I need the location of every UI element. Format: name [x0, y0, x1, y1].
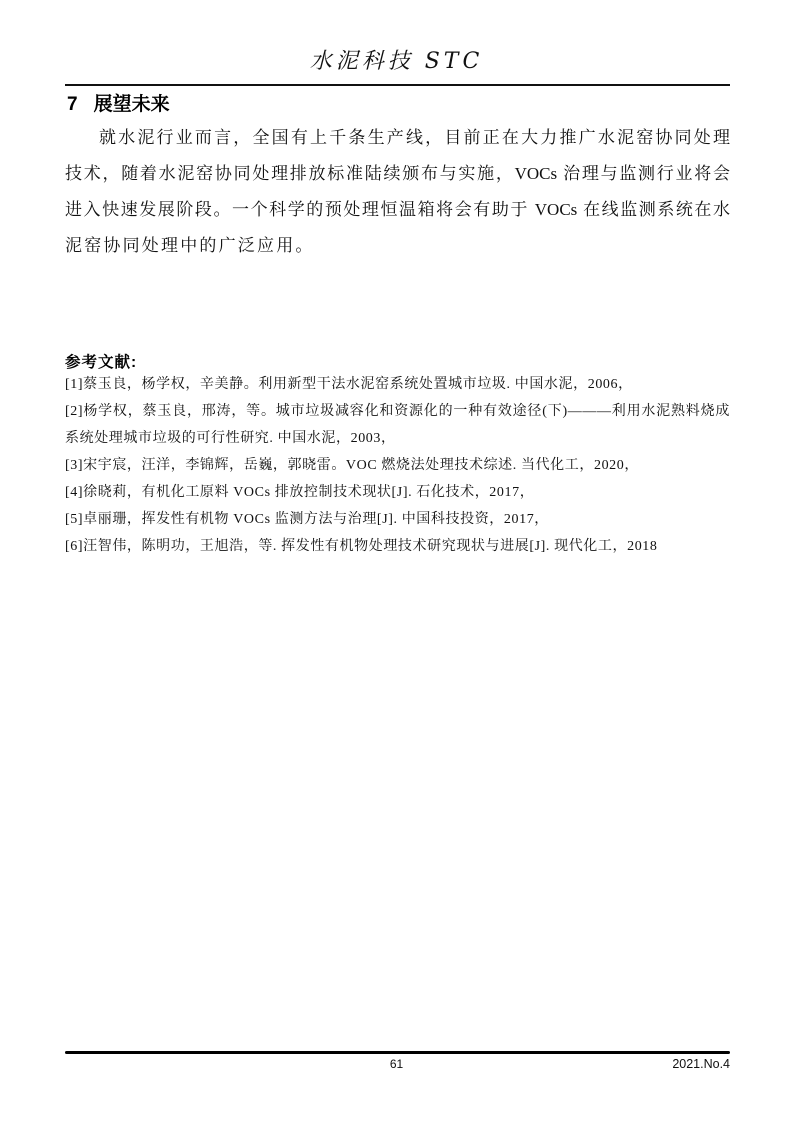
section-title: 展望未来 [94, 94, 170, 115]
paragraph-line: 进入快速发展阶段。一个科学的预处理恒温箱将会有助于 VOCs 在线监测系统在水 [65, 192, 730, 228]
references-list: [1]蔡玉良，杨学权，辛美静。利用新型干法水泥窑系统处置城市垃圾. 中国水泥，2… [65, 371, 730, 560]
reference-item: [4]徐晓莉，有机化工原料 VOCs 排放控制技术现状[J]. 石化技术，201… [65, 479, 730, 506]
references-heading: 参考文献: [65, 350, 137, 372]
section-heading: 7展望未来 [67, 89, 170, 116]
reference-item: [6]汪智伟，陈明功，王旭浩，等. 挥发性有机物处理技术研究现状与进展[J]. … [65, 533, 730, 560]
document-page: 水泥科技 STC 7展望未来 就水泥行业而言，全国有上千条生产线，目前正在大力推… [0, 0, 793, 1122]
header-divider [65, 84, 730, 86]
body-paragraph: 就水泥行业而言，全国有上千条生产线，目前正在大力推广水泥窑协同处理 技术，随着水… [65, 120, 730, 264]
reference-item: [5]卓丽珊，挥发性有机物 VOCs 监测方法与治理[J]. 中国科技投资，20… [65, 506, 730, 533]
section-number: 7 [67, 94, 78, 115]
reference-item: [2]杨学权，蔡玉良，邢涛，等。城市垃圾减容化和资源化的一种有效途径(下)———… [65, 398, 730, 452]
issue-label: 2021.No.4 [672, 1057, 730, 1071]
reference-item: [1]蔡玉良，杨学权，辛美静。利用新型干法水泥窑系统处置城市垃圾. 中国水泥，2… [65, 371, 730, 398]
footer-divider [65, 1051, 730, 1054]
paragraph-line: 泥窑协同处理中的广泛应用。 [65, 228, 730, 264]
paragraph-line: 技术，随着水泥窑协同处理排放标准陆续颁布与实施，VOCs 治理与监测行业将会 [65, 156, 730, 192]
reference-item: [3]宋宇宸，汪洋，李锦辉，岳巍，郭晓雷。VOC 燃烧法处理技术综述. 当代化工… [65, 452, 730, 479]
paragraph-line: 就水泥行业而言，全国有上千条生产线，目前正在大力推广水泥窑协同处理 [65, 120, 730, 156]
journal-title: 水泥科技 STC [0, 44, 793, 75]
